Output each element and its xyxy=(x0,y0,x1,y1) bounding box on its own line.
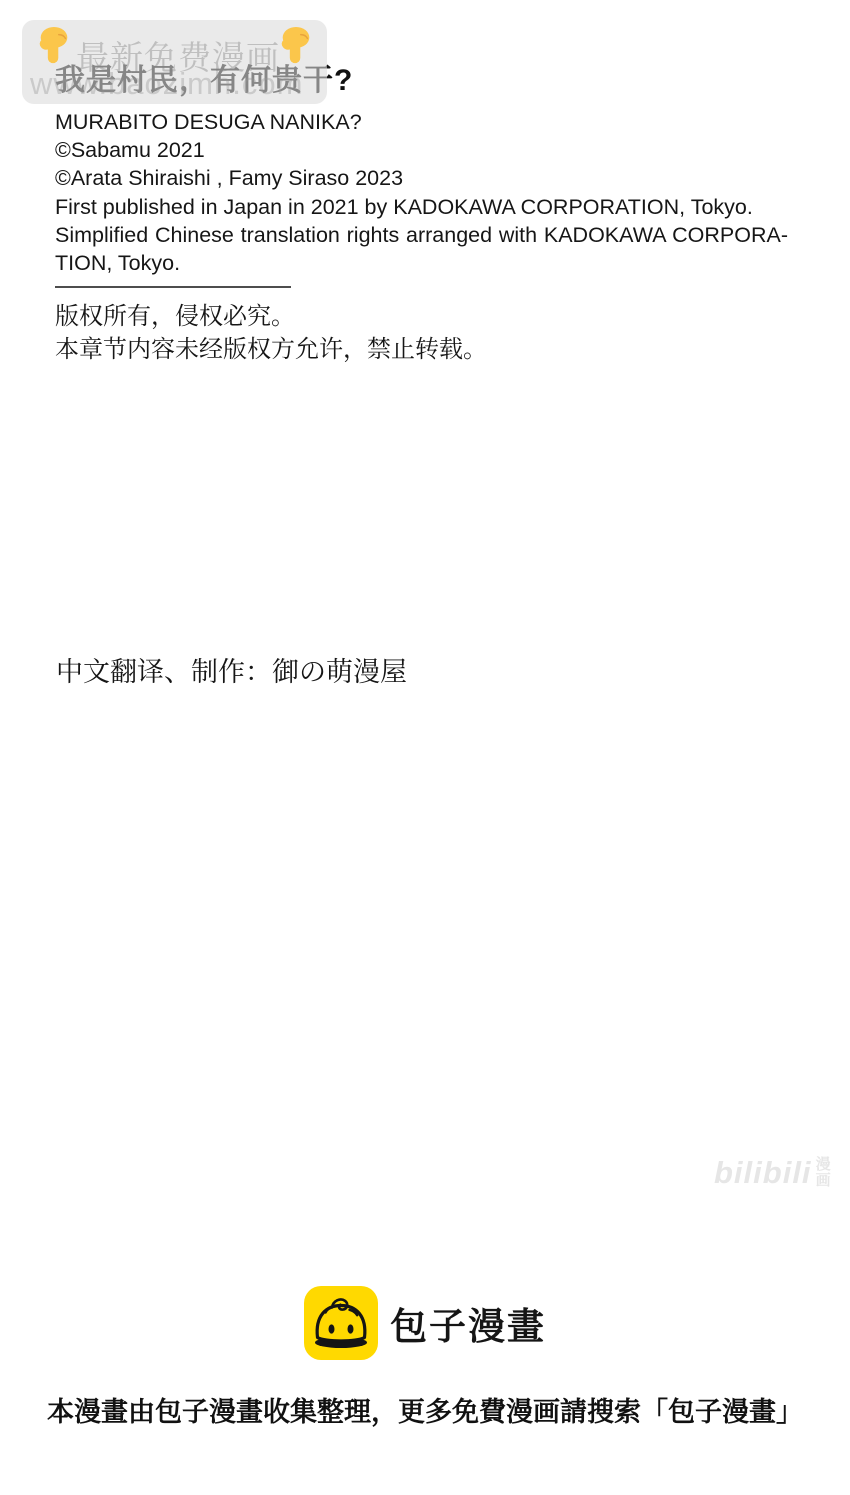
divider-line xyxy=(55,286,291,288)
bilibili-manga-char-top: 漫 xyxy=(816,1157,831,1173)
baozi-logo-icon xyxy=(304,1286,378,1360)
bilibili-logo-text: bilibili xyxy=(714,1155,812,1191)
translator-credit: 中文翻译、制作：御の萌漫屋 xyxy=(56,650,407,689)
copyright-line: Simplified Chinese translation rights ar… xyxy=(55,221,788,249)
bilibili-manga-label: 漫 画 xyxy=(816,1157,831,1189)
copyright-line: ©Arata Shiraishi , Famy Siraso 2023 xyxy=(55,164,788,192)
pointing-down-emoji-icon xyxy=(35,25,73,67)
copyright-line: First published in Japan in 2021 by KADO… xyxy=(55,193,788,221)
credit-page: 我是村民，有何贵干? 最新免费漫画 www.baozimh.com MURABI… xyxy=(0,0,850,1495)
copyright-line: TION, Tokyo. xyxy=(55,249,788,277)
brand-name: 包子漫畫 xyxy=(390,1296,546,1350)
brand-row: 包子漫畫 xyxy=(0,1286,850,1360)
legal-notice-block: 版权所有，侵权必究。 本章节内容未经版权方允许，禁止转载。 xyxy=(55,300,487,366)
copyright-line: ©Sabamu 2021 xyxy=(55,136,788,164)
footer-notice: 本漫畫由包子漫畫收集整理，更多免費漫画請搜索「包子漫畫」 xyxy=(0,1390,850,1429)
legal-line: 版权所有，侵权必究。 xyxy=(55,300,487,333)
romaji-title: MURABITO DESUGA NANIKA? xyxy=(55,108,788,136)
bilibili-manga-char-bottom: 画 xyxy=(816,1173,831,1189)
watermark-site-url: www.baozimh.com xyxy=(30,66,303,102)
copyright-block: MURABITO DESUGA NANIKA? ©Sabamu 2021 ©Ar… xyxy=(55,108,788,277)
bilibili-watermark: bilibili 漫 画 xyxy=(714,1155,831,1191)
pointing-down-emoji-icon xyxy=(277,25,315,67)
legal-line: 本章节内容未经版权方允许，禁止转载。 xyxy=(55,333,487,366)
